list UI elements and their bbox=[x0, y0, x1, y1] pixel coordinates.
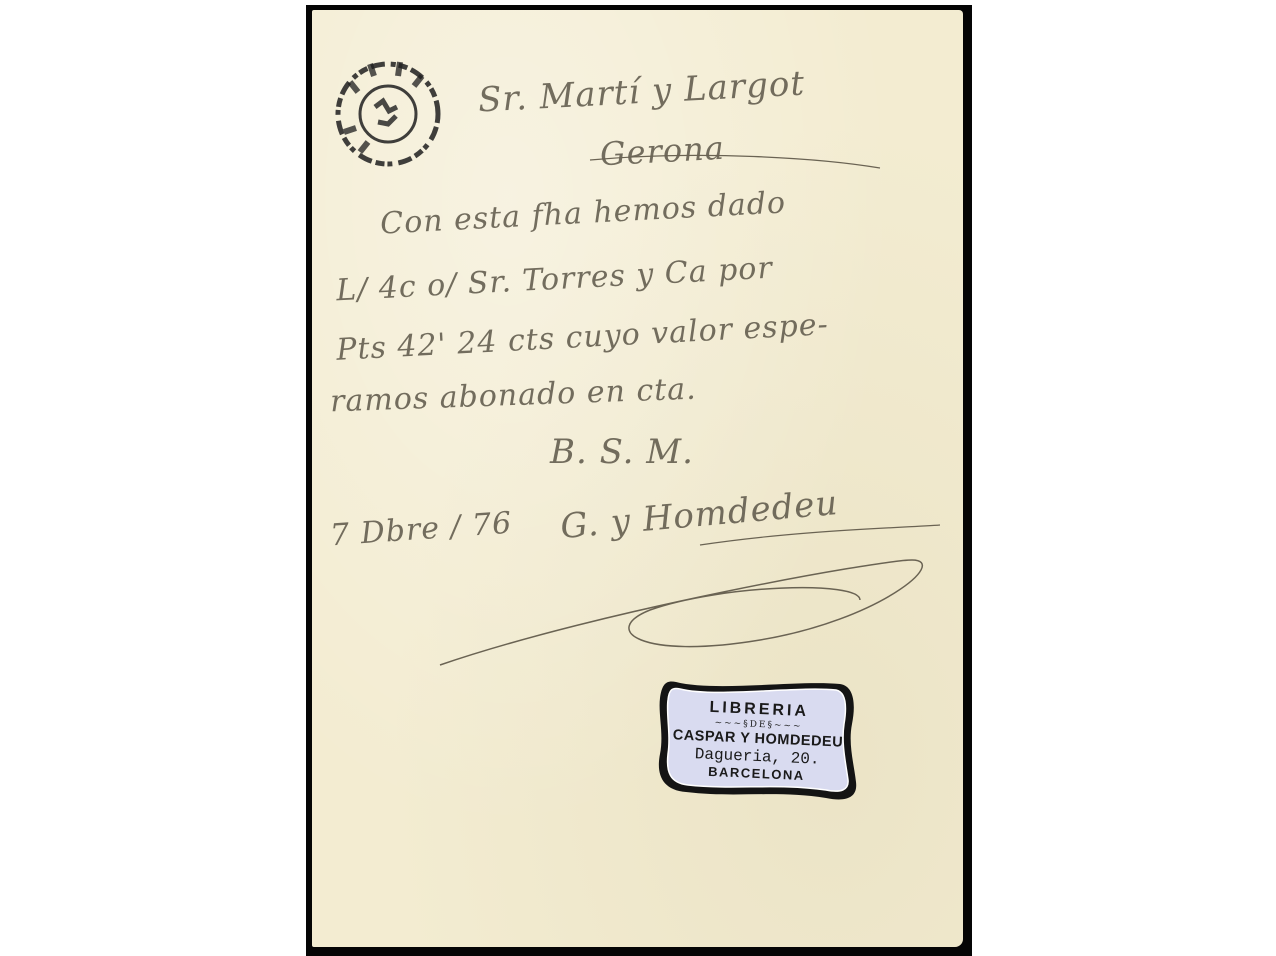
label-line-city: BARCELONA bbox=[708, 764, 805, 783]
signature-flourish bbox=[0, 0, 1276, 956]
bookseller-label: LIBRERIA ~~~§DE§~~~ CASPAR Y HOMDEDEU Da… bbox=[656, 674, 860, 802]
